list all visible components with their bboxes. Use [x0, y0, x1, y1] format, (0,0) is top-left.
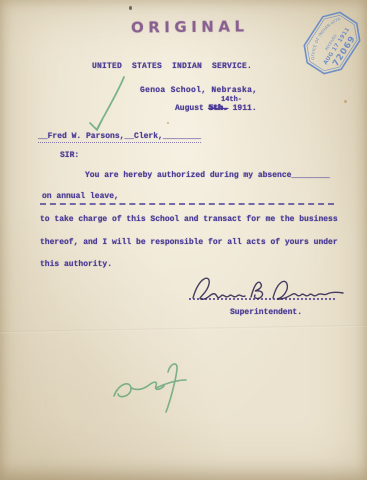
paper-speck	[167, 122, 169, 124]
date-struck: 5th.	[209, 104, 228, 113]
date-suffix: 1911.	[228, 104, 257, 113]
green-initials-scribble	[108, 358, 193, 418]
received-stamp: OFFICE OF INDIAN AFFAIRS RECEIVED AUG 17…	[296, 4, 367, 81]
body-line-4: thereof, and I will be responsible for a…	[40, 238, 338, 247]
date-correction: 14th-	[221, 96, 242, 104]
body-line-3: to take charge of this School and transa…	[40, 215, 338, 224]
letterhead: UNITED STATES INDIAN SERVICE.	[92, 62, 252, 71]
body-line-5: this authority.	[40, 260, 112, 269]
signature-title: Superintendent.	[230, 308, 302, 317]
signature-scrawl	[185, 268, 350, 304]
original-stamp: ORIGINAL	[131, 17, 249, 36]
date-line: August 5th. 1911.	[175, 104, 257, 113]
paper-speck	[344, 100, 347, 103]
scanned-letter-page: { "page": { "original_stamp": "ORIGINAL"…	[0, 0, 367, 480]
date-prefix: August	[175, 104, 209, 113]
green-checkmark	[85, 72, 130, 138]
fill-in-rule	[40, 189, 334, 205]
paper-speck	[129, 6, 132, 10]
place-line: Genoa School, Nebraska,	[140, 86, 257, 95]
paper-crease	[0, 325, 367, 333]
salutation: SIR:	[60, 151, 79, 160]
body-line-1: You are hereby authorized during my abse…	[85, 171, 330, 180]
